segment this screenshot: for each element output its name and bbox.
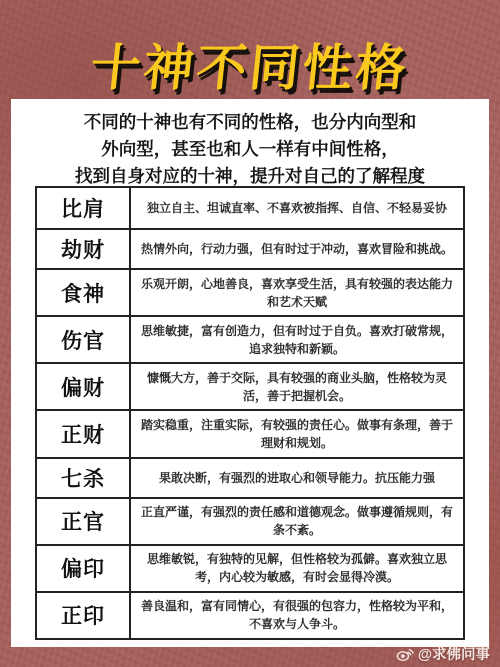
table-row-piancai: 偏财 慷慨大方，善于交际，具有较强的商业头脑，性格较为灵活，善于把握机会。 [37, 362, 463, 409]
table-row-shishen: 食神 乐观开朗，心地善良，喜欢享受生活，具有较强的表达能力和艺术天赋 [37, 268, 463, 315]
table-row-shangguan: 伤官 思维敏捷，富有创造力，但有时过于自负。喜欢打破常规，追求独特和新颖。 [37, 315, 463, 362]
watermark: @求佛问事 [396, 643, 490, 664]
god-description: 热情外向，行动力强，但有时过于冲动，喜欢冒险和挑战。 [131, 230, 463, 268]
table-row-zhengcai: 正财 踏实稳重，注重实际，有较强的责任心。做事有条理，善于理财和规划。 [37, 409, 463, 456]
god-description: 踏实稳重，注重实际，有较强的责任心。做事有条理，善于理财和规划。 [131, 411, 463, 456]
god-name: 正印 [37, 593, 131, 638]
page-title-wrap: 十神不同性格 [0, 28, 500, 100]
god-name: 偏财 [37, 364, 131, 409]
god-description: 独立自主、坦诚直率、不喜欢被指挥、自信、不轻易妥协 [131, 188, 463, 228]
god-description: 乐观开朗，心地善良，喜欢享受生活，具有较强的表达能力和艺术天赋 [131, 270, 463, 315]
god-description: 果敢决断，有强烈的进取心和领导能力。抗压能力强 [131, 459, 463, 497]
god-description: 思维敏锐，有独特的见解，但性格较为孤僻。喜欢独立思考，内心较为敏感，有时会显得冷… [131, 546, 463, 591]
weibo-icon [396, 646, 414, 662]
god-description: 思维敏捷，富有创造力，但有时过于自负。喜欢打破常规，追求独特和新颖。 [131, 317, 463, 362]
table-row-jiecai: 劫财 热情外向，行动力强，但有时过于冲动，喜欢冒险和挑战。 [37, 228, 463, 268]
page-title: 十神不同性格 [87, 28, 413, 100]
table-row-qisha: 七杀 果敢决断，有强烈的进取心和领导能力。抗压能力强 [37, 457, 463, 497]
god-name: 七杀 [37, 459, 131, 497]
table-row-zhengguan: 正官 正直严谨，有强烈的责任感和道德观念。做事遵循规则，有条不紊。 [37, 497, 463, 544]
god-description: 善良温和，富有同情心，有很强的包容力，性格较为平和，不喜欢与人争斗。 [131, 593, 463, 638]
ten-gods-table: 比肩 独立自主、坦诚直率、不喜欢被指挥、自信、不轻易妥协 劫财 热情外向，行动力… [35, 186, 465, 640]
god-name: 食神 [37, 270, 131, 315]
table-row-bijian: 比肩 独立自主、坦诚直率、不喜欢被指挥、自信、不轻易妥协 [37, 188, 463, 228]
watermark-label: @求佛问事 [418, 643, 490, 664]
god-name: 正官 [37, 499, 131, 544]
intro-paragraph: 不同的十神也有不同的性格，也分内向型和 外向型，甚至也和人一样有中间性格， 找到… [11, 99, 489, 196]
god-name: 偏印 [37, 546, 131, 591]
intro-line-2: 外向型，甚至也和人一样有中间性格， [27, 136, 473, 163]
god-name: 比肩 [37, 188, 131, 228]
table-row-pianyin: 偏印 思维敏锐，有独特的见解，但性格较为孤僻。喜欢独立思考，内心较为敏感，有时会… [37, 544, 463, 591]
intro-line-1: 不同的十神也有不同的性格，也分内向型和 [27, 109, 473, 136]
god-name: 劫财 [37, 230, 131, 268]
table-row-zhengyin: 正印 善良温和，富有同情心，有很强的包容力，性格较为平和，不喜欢与人争斗。 [37, 591, 463, 638]
god-name: 伤官 [37, 317, 131, 362]
content-card: 不同的十神也有不同的性格，也分内向型和 外向型，甚至也和人一样有中间性格， 找到… [11, 99, 489, 647]
god-description: 正直严谨，有强烈的责任感和道德观念。做事遵循规则，有条不紊。 [131, 499, 463, 544]
god-description: 慷慨大方，善于交际，具有较强的商业头脑，性格较为灵活，善于把握机会。 [131, 364, 463, 409]
god-name: 正财 [37, 411, 131, 456]
